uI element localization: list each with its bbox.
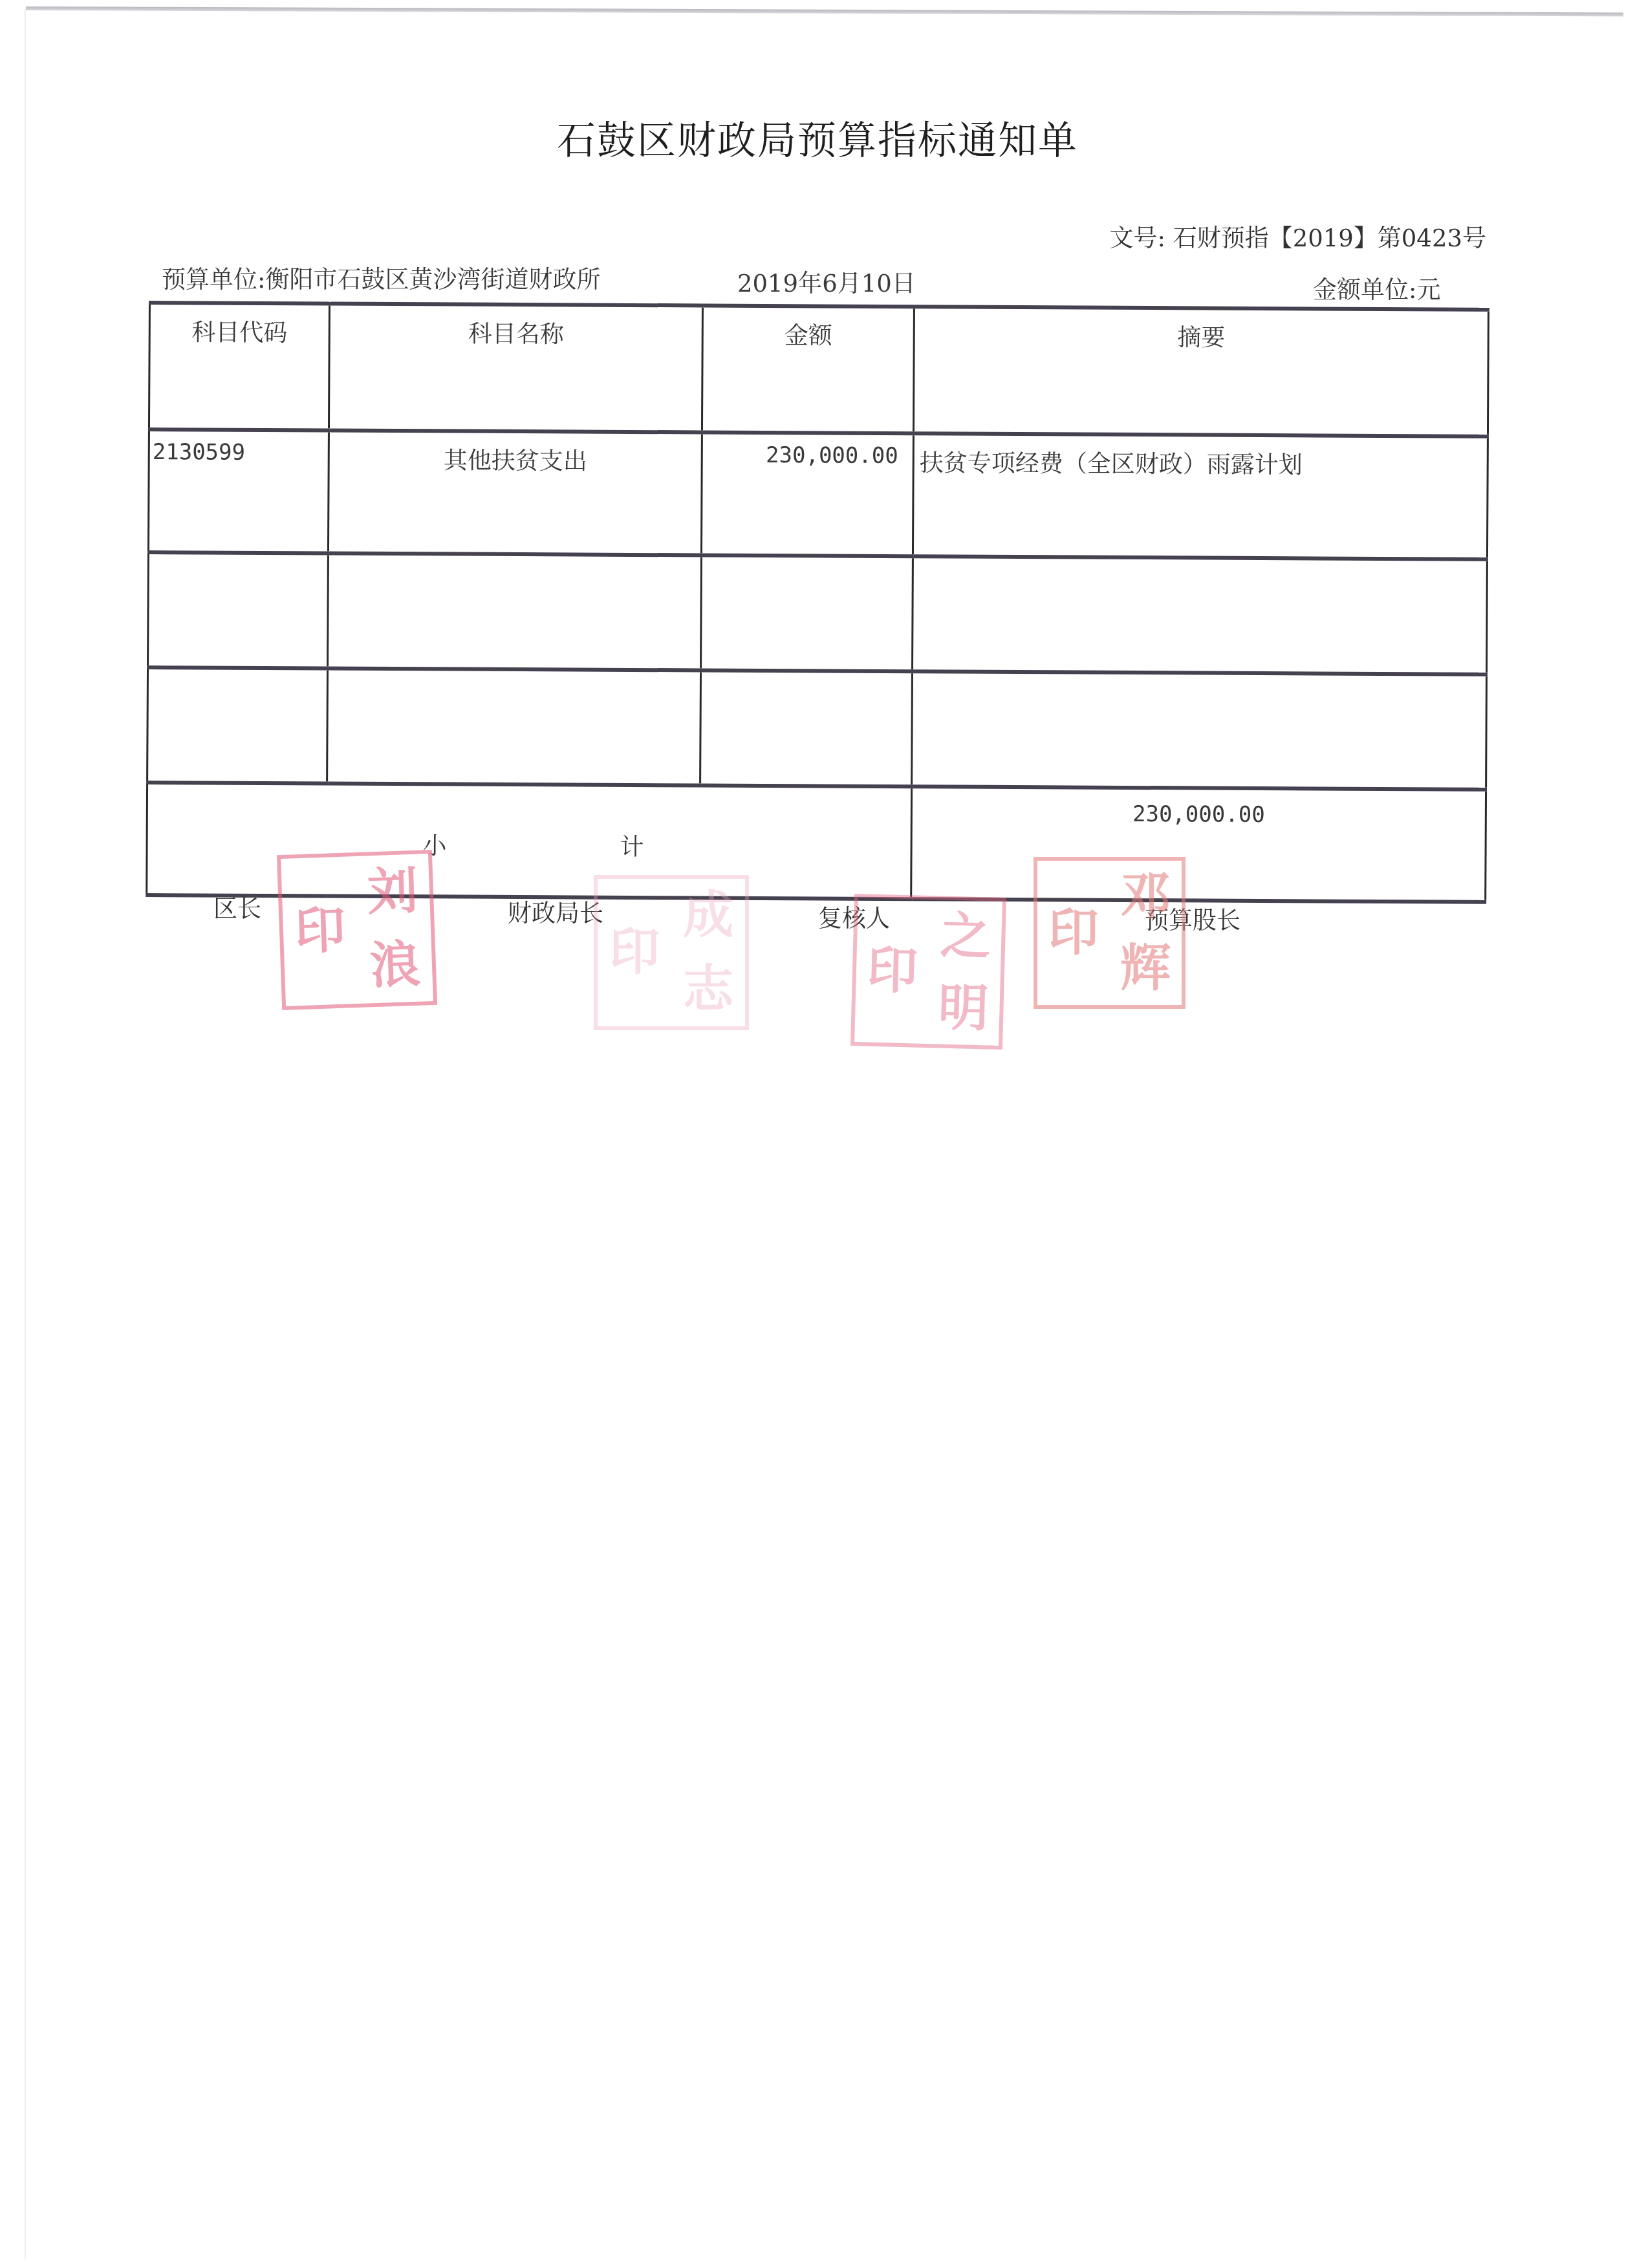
subject-code-cell: 2130599 [148, 429, 329, 553]
seal-char: 之 [940, 911, 991, 962]
seal-char: 浪 [369, 940, 422, 992]
document-title: 石鼓区财政局预算指标通知单 [0, 110, 1635, 166]
header-subject-code: 科目代码 [149, 303, 329, 430]
scan-page-edge [26, 6, 1623, 16]
signature-label-district-head: 区长 [213, 889, 261, 924]
seal-char: 印 [609, 927, 660, 978]
issue-date: 2019年6月10日 [737, 264, 916, 299]
table-row: 2130599 其他扶贫支出 230,000.00 扶贫专项经费（全区财政）雨露… [148, 429, 1488, 559]
signature-label-finance-director: 财政局长 [508, 894, 603, 929]
seal-char: 邓 [1120, 872, 1171, 922]
table-row [148, 552, 1488, 675]
subtotal-amount: 230,000.00 [911, 786, 1486, 902]
summary-cell [912, 671, 1487, 790]
amount-cell [701, 555, 913, 671]
subject-name-cell [327, 668, 701, 785]
amount-cell [700, 670, 913, 786]
subtotal-label-cell: 小 计 [147, 783, 912, 899]
seal-char: 印 [1048, 908, 1099, 958]
seal-char: 志 [683, 964, 733, 1015]
budget-unit: 预算单位:衡阳市石鼓区黄沙湾街道财政所 [162, 260, 600, 295]
header-summary: 摘要 [913, 307, 1488, 437]
scan-page-shadow [25, 9, 26, 2260]
budget-table: 科目代码 科目名称 金额 摘要 2130599 其他扶贫支出 230,000.0… [146, 301, 1489, 904]
amount-cell: 230,000.00 [701, 432, 913, 556]
summary-cell: 扶贫专项经费（全区财政）雨露计划 [913, 433, 1488, 559]
seal-stamp-district-head: 刘 浪 印 [277, 850, 437, 1010]
seal-char: 成 [683, 891, 733, 941]
seal-stamp-finance-director: 成 志 印 [594, 875, 749, 1030]
seal-stamp-reviewer: 之 明 印 [850, 894, 1006, 1050]
table-header-row: 科目代码 科目名称 金额 摘要 [149, 303, 1488, 437]
subtotal-label-char: 计 [620, 827, 644, 862]
subject-code-cell [147, 667, 328, 783]
subject-name-cell [328, 553, 702, 670]
seal-char: 辉 [1120, 944, 1171, 994]
seal-char: 明 [938, 983, 990, 1035]
seal-char: 印 [867, 945, 918, 997]
subject-code-cell [148, 552, 329, 668]
header-amount: 金额 [702, 305, 914, 433]
amount-unit: 金额单位:元 [1313, 270, 1440, 305]
subject-name-cell: 其他扶贫支出 [328, 430, 702, 555]
seal-char: 刘 [367, 866, 419, 918]
seal-stamp-budget-chief: 邓 辉 印 [1034, 857, 1186, 1009]
table-row [147, 667, 1487, 790]
header-subject-name: 科目名称 [329, 303, 702, 432]
seal-char: 印 [294, 905, 347, 958]
summary-cell [913, 556, 1488, 675]
document-number: 文号: 石财预指【2019】第0423号 [1109, 219, 1486, 254]
budget-table-container: 科目代码 科目名称 金额 摘要 2130599 其他扶贫支出 230,000.0… [146, 301, 1488, 904]
